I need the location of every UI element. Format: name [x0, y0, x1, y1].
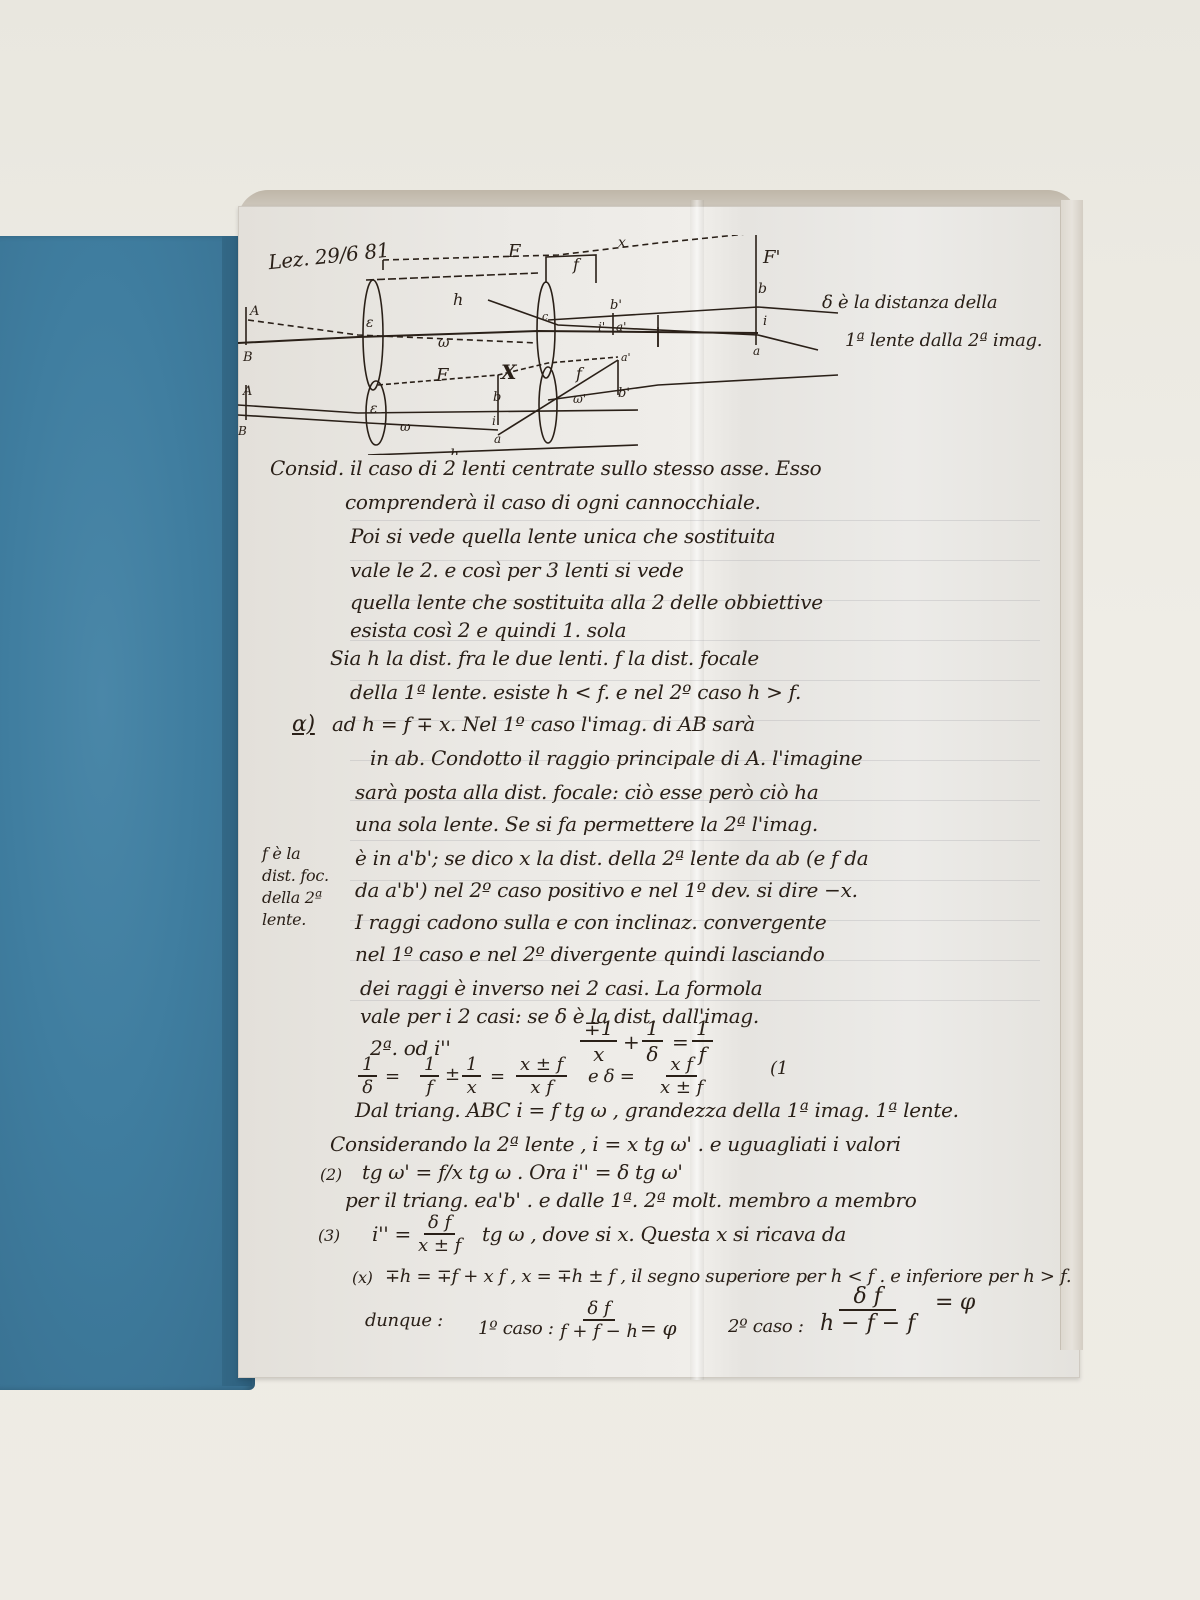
body-line-17: dei raggi è inverso nei 2 casi. La formo… [360, 976, 762, 1000]
f2-a-fraction: 1 f [420, 1054, 439, 1098]
f2-d-den: x ± f [660, 1077, 703, 1098]
i2-num: δ f [424, 1212, 455, 1235]
diagram-label-X-mid: X [499, 360, 518, 384]
margin-note-left-line-2: dist. foc. [262, 866, 329, 885]
body-line-7: Sia h la dist. fra le due lenti. f la di… [330, 646, 759, 670]
diagram-label-a-prime: a' [616, 320, 626, 334]
diagram-label-b-right: b [758, 281, 767, 297]
diagram-label-epsilon-1: ε [366, 315, 374, 331]
diagram-label-h-top: h [453, 290, 463, 309]
body-line-16: nel 1º caso e nel 2º divergente quindi l… [355, 942, 825, 966]
margin-note-left-line-1: f è la [262, 844, 300, 863]
blue-notebook-cover [0, 236, 255, 1390]
f2-d-fraction: x f x ± f [660, 1054, 703, 1098]
f2-a-num: 1 [420, 1054, 439, 1077]
f2-c-den: x f [530, 1077, 553, 1098]
dunque-label: dunque : [365, 1310, 443, 1331]
body-line-6: esista così 2 e quindi 1. sola [350, 618, 626, 642]
case1-equals: = φ [640, 1316, 676, 1340]
case1-fraction: δ f f + f − h [560, 1298, 638, 1342]
i2-den: x ± f [418, 1235, 461, 1256]
diagram-label-f-top: f [572, 255, 582, 274]
diagram-label-F-mid: F [435, 365, 450, 386]
diagram-label-i-right: i [763, 314, 767, 329]
i2-fraction: δ f x ± f [418, 1212, 461, 1256]
diagram-label-omega-1: ω [438, 335, 450, 351]
f2-lhs-num: 1 [358, 1054, 377, 1077]
case2-fraction: δ f h − f − f [820, 1284, 915, 1336]
diagram-label-b-prime: b' [610, 298, 622, 313]
f2-d-num: x f [666, 1054, 697, 1077]
body-line-13: è in a'b'; se dico x la dist. della 2ª l… [355, 846, 868, 870]
diagram-label-a-low: a [494, 432, 501, 446]
ruling-line [350, 1000, 1040, 1001]
f1-rhs-num: 1 [692, 1016, 713, 1042]
f1-lhs-den: x [593, 1042, 604, 1066]
diagram-label-a-prime-mid: a' [621, 351, 631, 364]
eqx-tag: (x) [352, 1268, 373, 1287]
case1-den: f + f − h [560, 1321, 638, 1342]
f2-b-den: x [467, 1077, 477, 1098]
diagram-label-B: B [242, 350, 253, 365]
f2-b-num: 1 [462, 1054, 481, 1077]
case1-num: δ f [583, 1298, 614, 1321]
diagram-label-h-bottom: h [450, 447, 459, 455]
margin-note-left-line-4: lente. [262, 910, 306, 929]
f1-lhs-num: ∓1 [580, 1016, 617, 1042]
body-line-11: sarà posta alla dist. focale: ciò esse p… [355, 780, 819, 804]
case2-den: h − f − f [820, 1311, 915, 1336]
diagram-label-A-low: A [242, 384, 252, 399]
consider-line: Considerando la 2ª lente , i = x tg ω' .… [330, 1132, 901, 1156]
diagram-label-A: A [249, 304, 259, 319]
diagram-label-F-prime: F' [762, 247, 780, 268]
diagram-label-b-prime-mid: b' [618, 386, 630, 401]
diagram-label-a-right: a [753, 344, 760, 358]
f1-equals: = [672, 1030, 688, 1054]
i2-lhs: i'' = [372, 1222, 411, 1246]
f2-c-fraction: x ± f x f [516, 1054, 567, 1098]
f2-e-delta: e δ = [588, 1066, 635, 1087]
diagram-label-f-mid: f [575, 364, 585, 383]
body-line-9: ad h = f ∓ x. Nel 1º caso l'imag. di AB … [332, 712, 755, 736]
body-line-4: vale le 2. e così per 3 lenti si vede [350, 558, 684, 582]
f2-lhs-fraction: 1 δ [358, 1054, 377, 1098]
f2-plus-minus: ± [445, 1064, 460, 1085]
body-line-2: comprenderà il caso di ogni cannocchiale… [345, 490, 761, 514]
alpha-marker: α) [292, 712, 315, 737]
case1-label: 1º caso : [478, 1318, 554, 1339]
diagram-label-i-low: i [492, 414, 496, 428]
case2-num: δ f [839, 1284, 895, 1311]
diagram-label-epsilon-2: ε [370, 401, 378, 417]
f1-mid-den: δ [646, 1042, 658, 1066]
body-line-14: da a'b') nel 2º caso positivo e nel 1º d… [355, 878, 858, 902]
body-line-5: quella lente che sostituita alla 2 delle… [350, 590, 823, 614]
body-line-8: della 1ª lente. esiste h < f. e nel 2º c… [350, 680, 801, 704]
f2-equals-2: = [490, 1066, 505, 1087]
f1-mid-num: 1 [642, 1016, 663, 1042]
margin-note-right-line-1: δ è la distanza della [822, 292, 997, 313]
diagram-label-x-top: x [618, 235, 626, 251]
diagram-label-omega-2: ω [400, 420, 411, 435]
diagram-label-F-top: F [507, 241, 522, 262]
diagram-label-c: c [542, 310, 548, 323]
f1-plus: + [623, 1030, 639, 1054]
f2-a-den: f [426, 1077, 433, 1098]
body-line-12: una sola lente. Se si fa permettere la 2… [355, 812, 818, 836]
per-line: per il triang. ea'b' . e dalle 1ª. 2ª mo… [345, 1188, 917, 1212]
page-right-edge [1060, 200, 1083, 1350]
ruling-line [350, 840, 1040, 841]
diagram-label-omega-prime: ω' [573, 392, 586, 406]
margin-note-right-line-2: 1ª lente dalla 2ª imag. [845, 330, 1042, 351]
diagram-label-B-low: B [238, 424, 247, 438]
f2-c-num: x ± f [516, 1054, 567, 1077]
body-line-10: in ab. Condotto il raggio principale di … [370, 746, 862, 770]
triangle-line: Dal triang. ABC i = f tg ω , grandezza d… [355, 1098, 959, 1122]
diagram-label-b-low: b [493, 390, 501, 405]
diagram-label-i-prime: i' [598, 320, 605, 334]
body-line-15: I raggi cadono sulla e con inclinaz. con… [355, 910, 826, 934]
body-line-3: Poi si vede quella lente unica che sosti… [350, 524, 775, 548]
f2-b-fraction: 1 x [462, 1054, 481, 1098]
eq3-tag: (3) [318, 1226, 340, 1245]
f2-lhs-den: δ [362, 1077, 373, 1098]
i2-tail: tg ω , dove si x. Questa x si ricava da [482, 1222, 846, 1246]
margin-note-left-line-3: della 2ª [262, 888, 322, 907]
f2-equals: = [385, 1066, 400, 1087]
f1-lhs-fraction: ∓1 x [580, 1016, 617, 1066]
tg-line: tg ω' = f/x tg ω . Ora i'' = δ tg ω' [362, 1160, 683, 1184]
x-line: ∓h = ∓f + x f , x = ∓h ± f , il segno su… [385, 1266, 1071, 1287]
ruling-line [350, 520, 1040, 521]
eq2-tag: (2) [320, 1165, 342, 1184]
body-line-1: Consid. il caso di 2 lenti centrate sull… [270, 456, 821, 480]
case2-equals: = φ [935, 1290, 975, 1315]
case2-label: 2º caso : [728, 1316, 804, 1337]
eq1-tag: (1 [770, 1058, 788, 1079]
